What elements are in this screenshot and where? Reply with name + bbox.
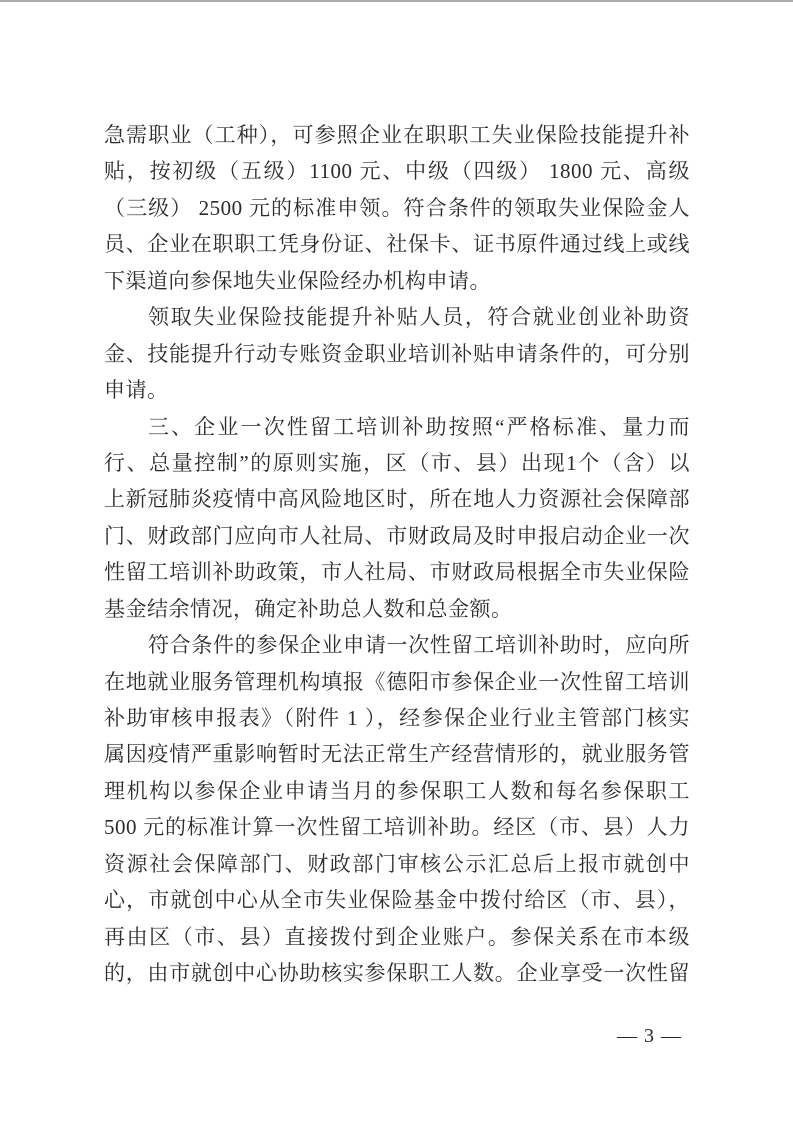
text-line: 补助审核申报表》（附件 1 ），经参保企业行业主管部门核实 xyxy=(104,700,690,736)
text-line: 基金结余情况，确定补助总人数和总金额。 xyxy=(104,591,690,627)
text-line: （三级） 2500 元的标准申领。符合条件的领取失业保险金人 xyxy=(104,190,690,226)
text-line: 符合条件的参保企业申请一次性留工培训补助时，应向所 xyxy=(104,627,690,663)
text-line: 申请。 xyxy=(104,372,690,408)
page-number: — 3 — xyxy=(617,1025,697,1048)
scan-edge-artifact xyxy=(0,0,793,2)
text-line: 行、总量控制”的原则实施，区（市、县）出现1个（含）以 xyxy=(104,445,690,481)
text-line: 性留工培训补助政策，市人社局、市财政局根据全市失业保险 xyxy=(104,554,690,590)
text-line: 贴，按初级（五级）1100 元、中级（四级） 1800 元、高级 xyxy=(104,153,690,189)
text-line: 500 元的标准计算一次性留工培训补助。经区（市、县）人力 xyxy=(104,809,690,845)
document-page: 急需职业（工种），可参照企业在职职工失业保险技能提升补贴，按初级（五级）1100… xyxy=(0,0,793,1122)
text-line: 资源社会保障部门、财政部门审核公示汇总后上报市就创中 xyxy=(104,846,690,882)
text-line: 的，由市就创中心协助核实参保职工人数。企业享受一次性留 xyxy=(104,955,690,991)
text-line: 在地就业服务管理机构填报《德阳市参保企业一次性留工培训 xyxy=(104,664,690,700)
text-line: 门、财政部门应向市人社局、市财政局及时申报启动企业一次 xyxy=(104,518,690,554)
text-line: 属因疫情严重影响暂时无法正常生产经营情形的，就业服务管 xyxy=(104,736,690,772)
text-line: 急需职业（工种），可参照企业在职职工失业保险技能提升补 xyxy=(104,117,690,153)
document-body: 急需职业（工种），可参照企业在职职工失业保险技能提升补贴，按初级（五级）1100… xyxy=(104,117,690,992)
text-line: 上新冠肺炎疫情中高风险地区时，所在地人力资源社会保障部 xyxy=(104,481,690,517)
text-line: 下渠道向参保地失业保险经办机构申请。 xyxy=(104,263,690,299)
text-line: 三、企业一次性留工培训补助按照“严格标准、量力而 xyxy=(104,409,690,445)
text-line: 心，市就创中心从全市失业保险基金中拨付给区（市、县）， xyxy=(104,882,690,918)
text-line: 理机构以参保企业申请当月的参保职工人数和每名参保职工 xyxy=(104,773,690,809)
text-line: 金、技能提升行动专账资金职业培训补贴申请条件的，可分别 xyxy=(104,336,690,372)
text-line: 领取失业保险技能提升补贴人员，符合就业创业补助资 xyxy=(104,299,690,335)
text-line: 员、企业在职职工凭身份证、社保卡、证书原件通过线上或线 xyxy=(104,226,690,262)
text-line: 再由区（市、县）直接拨付到企业账户。参保关系在市本级 xyxy=(104,919,690,955)
